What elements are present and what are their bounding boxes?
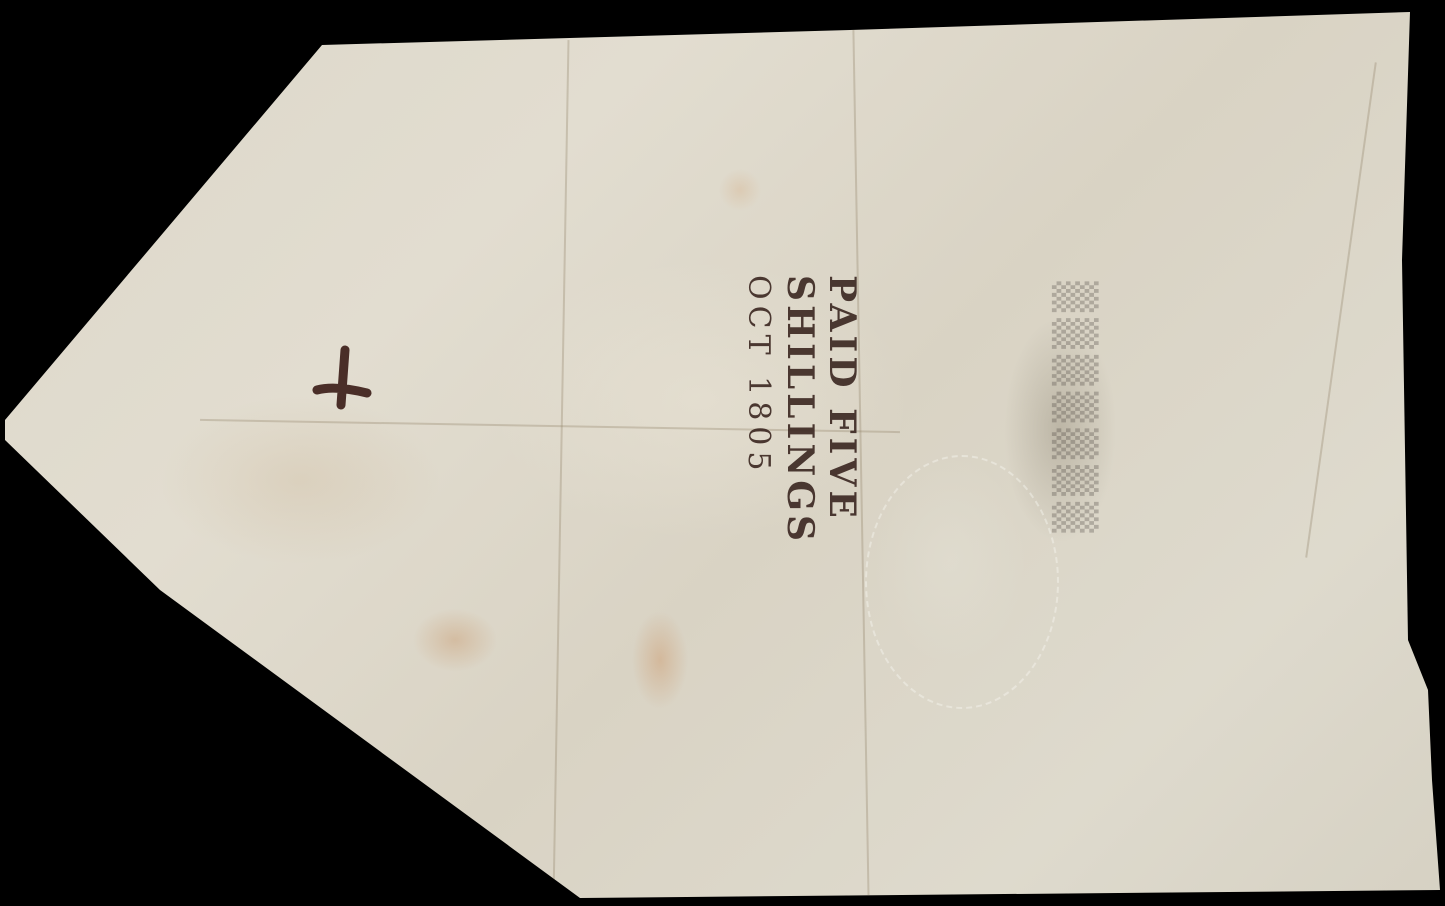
ink-cross-mark xyxy=(305,345,375,415)
show-through-text: ▒▒▒▒▒▒▒ xyxy=(1052,281,1099,538)
fold-crease xyxy=(552,40,569,900)
stamp-line-3: OCT 1805 xyxy=(737,275,779,545)
fold-crease xyxy=(1305,62,1377,557)
embossed-seal xyxy=(865,455,1059,709)
paid-stamp: PAID FIVE SHILLINGS OCT 1805 xyxy=(737,275,863,545)
photo-background: ▒▒▒▒▒▒▒ PAID FIVE SHILLINGS OCT 1805 xyxy=(0,0,1445,906)
stamp-line-1: PAID FIVE xyxy=(821,275,863,545)
banknote-fragment: ▒▒▒▒▒▒▒ PAID FIVE SHILLINGS OCT 1805 xyxy=(0,0,1445,906)
stamp-line-2: SHILLINGS xyxy=(779,275,821,545)
